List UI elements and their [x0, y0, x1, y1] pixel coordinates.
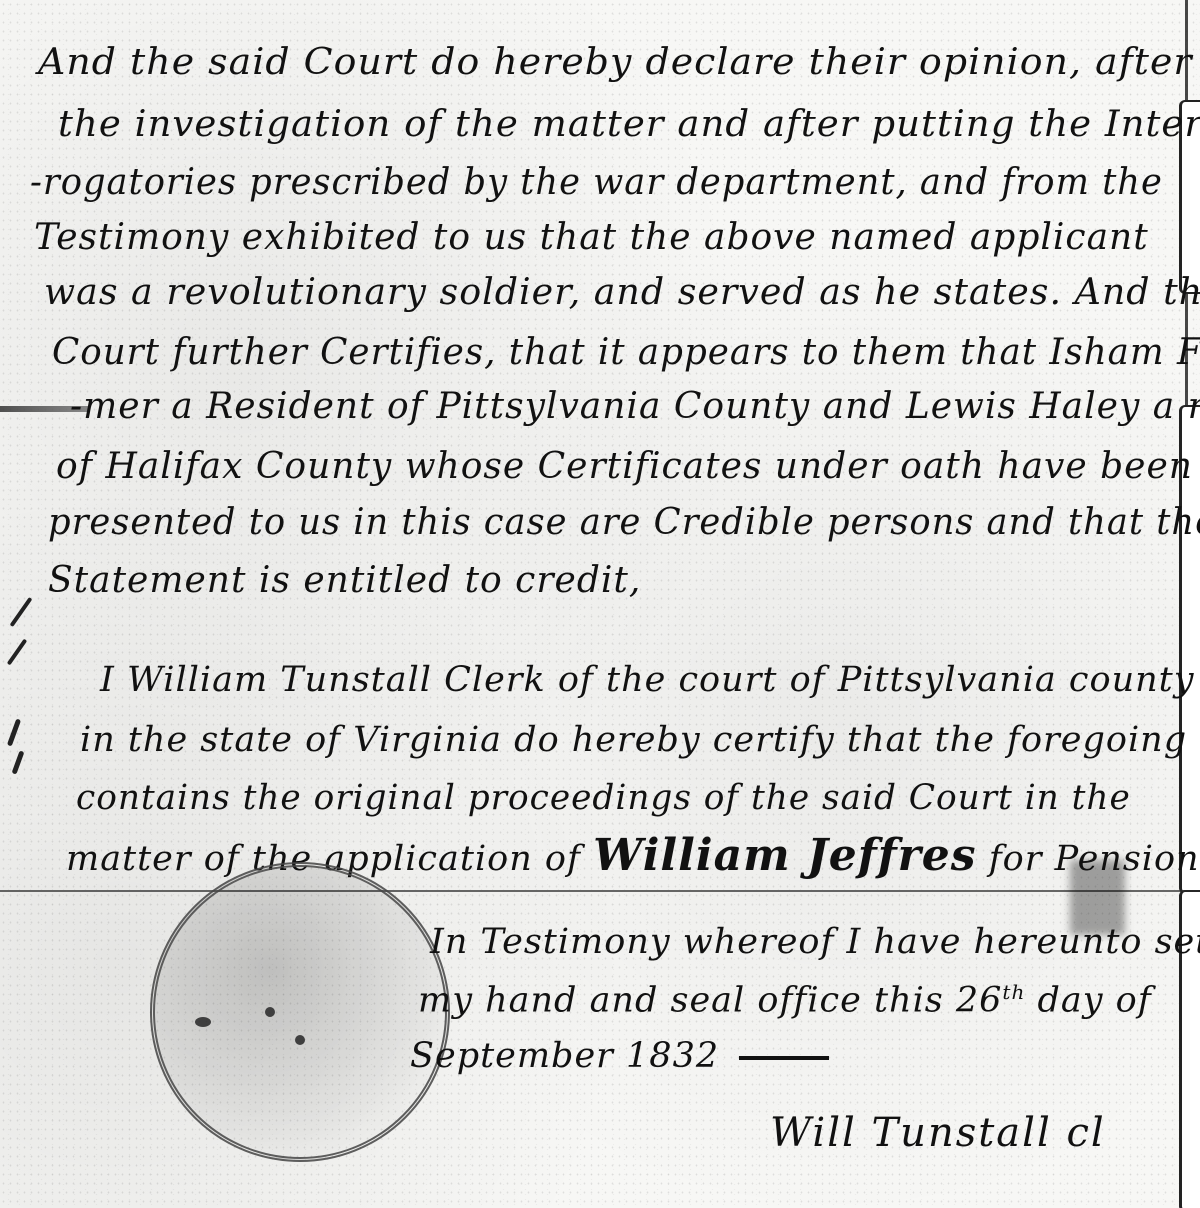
text-line: And the said Court do hereby declare the…	[38, 42, 1193, 83]
seal-mark	[195, 1017, 211, 1027]
text-line: was a revolutionary soldier, and served …	[44, 272, 1200, 313]
text-line: in the state of Virginia do hereby certi…	[80, 720, 1187, 760]
text-line: of Halifax County whose Certificates und…	[56, 446, 1193, 487]
document-page: And the said Court do hereby declare the…	[0, 0, 1200, 1208]
text-line: I William Tunstall Clerk of the court of…	[100, 660, 1195, 700]
text-line: Testimony exhibited to us that the above…	[34, 217, 1149, 258]
attestation-line: In Testimony whereof I have hereunto set	[430, 922, 1200, 962]
text-line: matter of the application of William Jef…	[66, 830, 1200, 881]
text-line: Court further Certifies, that it appears…	[52, 332, 1200, 373]
text-fragment: for Pension	[989, 839, 1200, 879]
text-line: the investigation of the matter and afte…	[58, 104, 1200, 145]
text-fragment: my hand and seal office this 26	[418, 981, 1002, 1021]
text-line: presented to us in this case are Credibl…	[48, 502, 1200, 543]
text-line: contains the original proceedings of the…	[76, 778, 1131, 818]
text-line: -mer a Resident of Pittsylvania County a…	[70, 386, 1200, 427]
seal-mark	[265, 1007, 275, 1017]
day-ordinal: th	[1002, 980, 1025, 1004]
fold-line	[0, 890, 1200, 892]
attestation-line: my hand and seal office this 26th day of	[418, 980, 1152, 1021]
text-line: Statement is entitled to credit,	[48, 560, 641, 601]
line-flourish	[739, 1056, 829, 1060]
applicant-name: William Jeffres	[593, 830, 977, 881]
text-line: -rogatories prescribed by the war depart…	[30, 162, 1163, 203]
attestation-date: September 1832	[410, 1036, 829, 1076]
margin-ink-marks	[0, 590, 40, 790]
seal-mark	[295, 1035, 305, 1045]
seal-impression	[150, 862, 450, 1162]
clerk-signature: Will Tunstall cl	[770, 1110, 1106, 1156]
text-fragment: day of	[1025, 981, 1151, 1021]
date-text: September 1832	[410, 1036, 719, 1076]
